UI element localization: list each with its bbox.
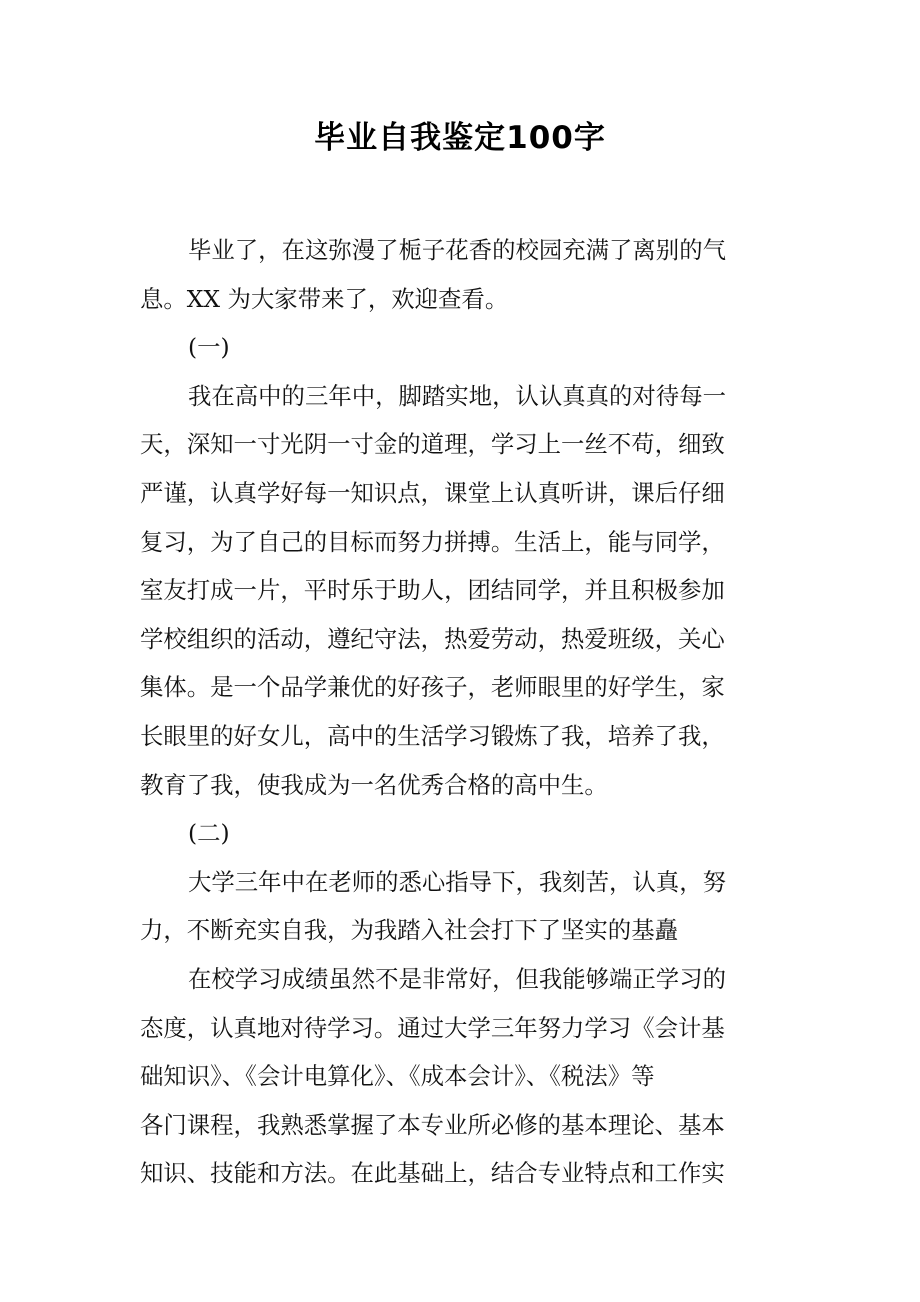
text-line: 知识、技能和方法。在此基础上，结合专业特点和工作实: [140, 1149, 760, 1198]
text-line: 天，深知一寸光阴一寸金的道理，学习上一丝不苟，细致: [140, 420, 760, 469]
document-body: 毕业了，在这弥漫了栀子花香的校园充满了离别的气 息。XX 为大家带来了，欢迎查看…: [140, 226, 760, 1198]
document-page: 毕业自我鉴定100字 毕业了，在这弥漫了栀子花香的校园充满了离别的气 息。XX …: [0, 0, 920, 1302]
text-line: 教育了我，使我成为一名优秀合格的高中生。: [140, 761, 760, 810]
text-line: 严谨，认真学好每一知识点，课堂上认真听讲，课后仔细: [140, 469, 760, 518]
text-line: 复习，为了自己的目标而努力拼搏。生活上，能与同学，: [140, 518, 760, 567]
text-line: 长眼里的好女儿，高中的生活学习锻炼了我，培养了我，: [140, 712, 760, 761]
text-line: 学校组织的活动，遵纪守法，热爱劳动，热爱班级，关心: [140, 615, 760, 664]
text-line: 各门课程，我熟悉掌握了本专业所必修的基本理论、基本: [140, 1101, 760, 1150]
section-heading-2: (二): [140, 809, 760, 858]
text-line: 态度，认真地对待学习。通过大学三年努力学习《会计基: [140, 1004, 760, 1053]
text-line: 毕业了，在这弥漫了栀子花香的校园充满了离别的气: [140, 226, 760, 275]
text-line: 室友打成一片，平时乐于助人，团结同学，并且积极参加: [140, 566, 760, 615]
text-line: 息。XX 为大家带来了，欢迎查看。: [140, 275, 760, 324]
document-title: 毕业自我鉴定100字: [0, 112, 920, 157]
text-line: 集体。是一个品学兼优的好孩子，老师眼里的好学生，家: [140, 663, 760, 712]
text-line: 我在高中的三年中，脚踏实地，认认真真的对待每一: [140, 372, 760, 421]
text-line: 力，不断充实自我，为我踏入社会打下了坚实的基矗: [140, 906, 760, 955]
section-heading-1: (一): [140, 323, 760, 372]
text-line: 大学三年中在老师的悉心指导下，我刻苦，认真，努: [140, 858, 760, 907]
text-line: 础知识》、《会计电算化》、《成本会计》、《税法》等: [140, 1052, 760, 1101]
text-line: 在校学习成绩虽然不是非常好，但我能够端正学习的: [140, 955, 760, 1004]
